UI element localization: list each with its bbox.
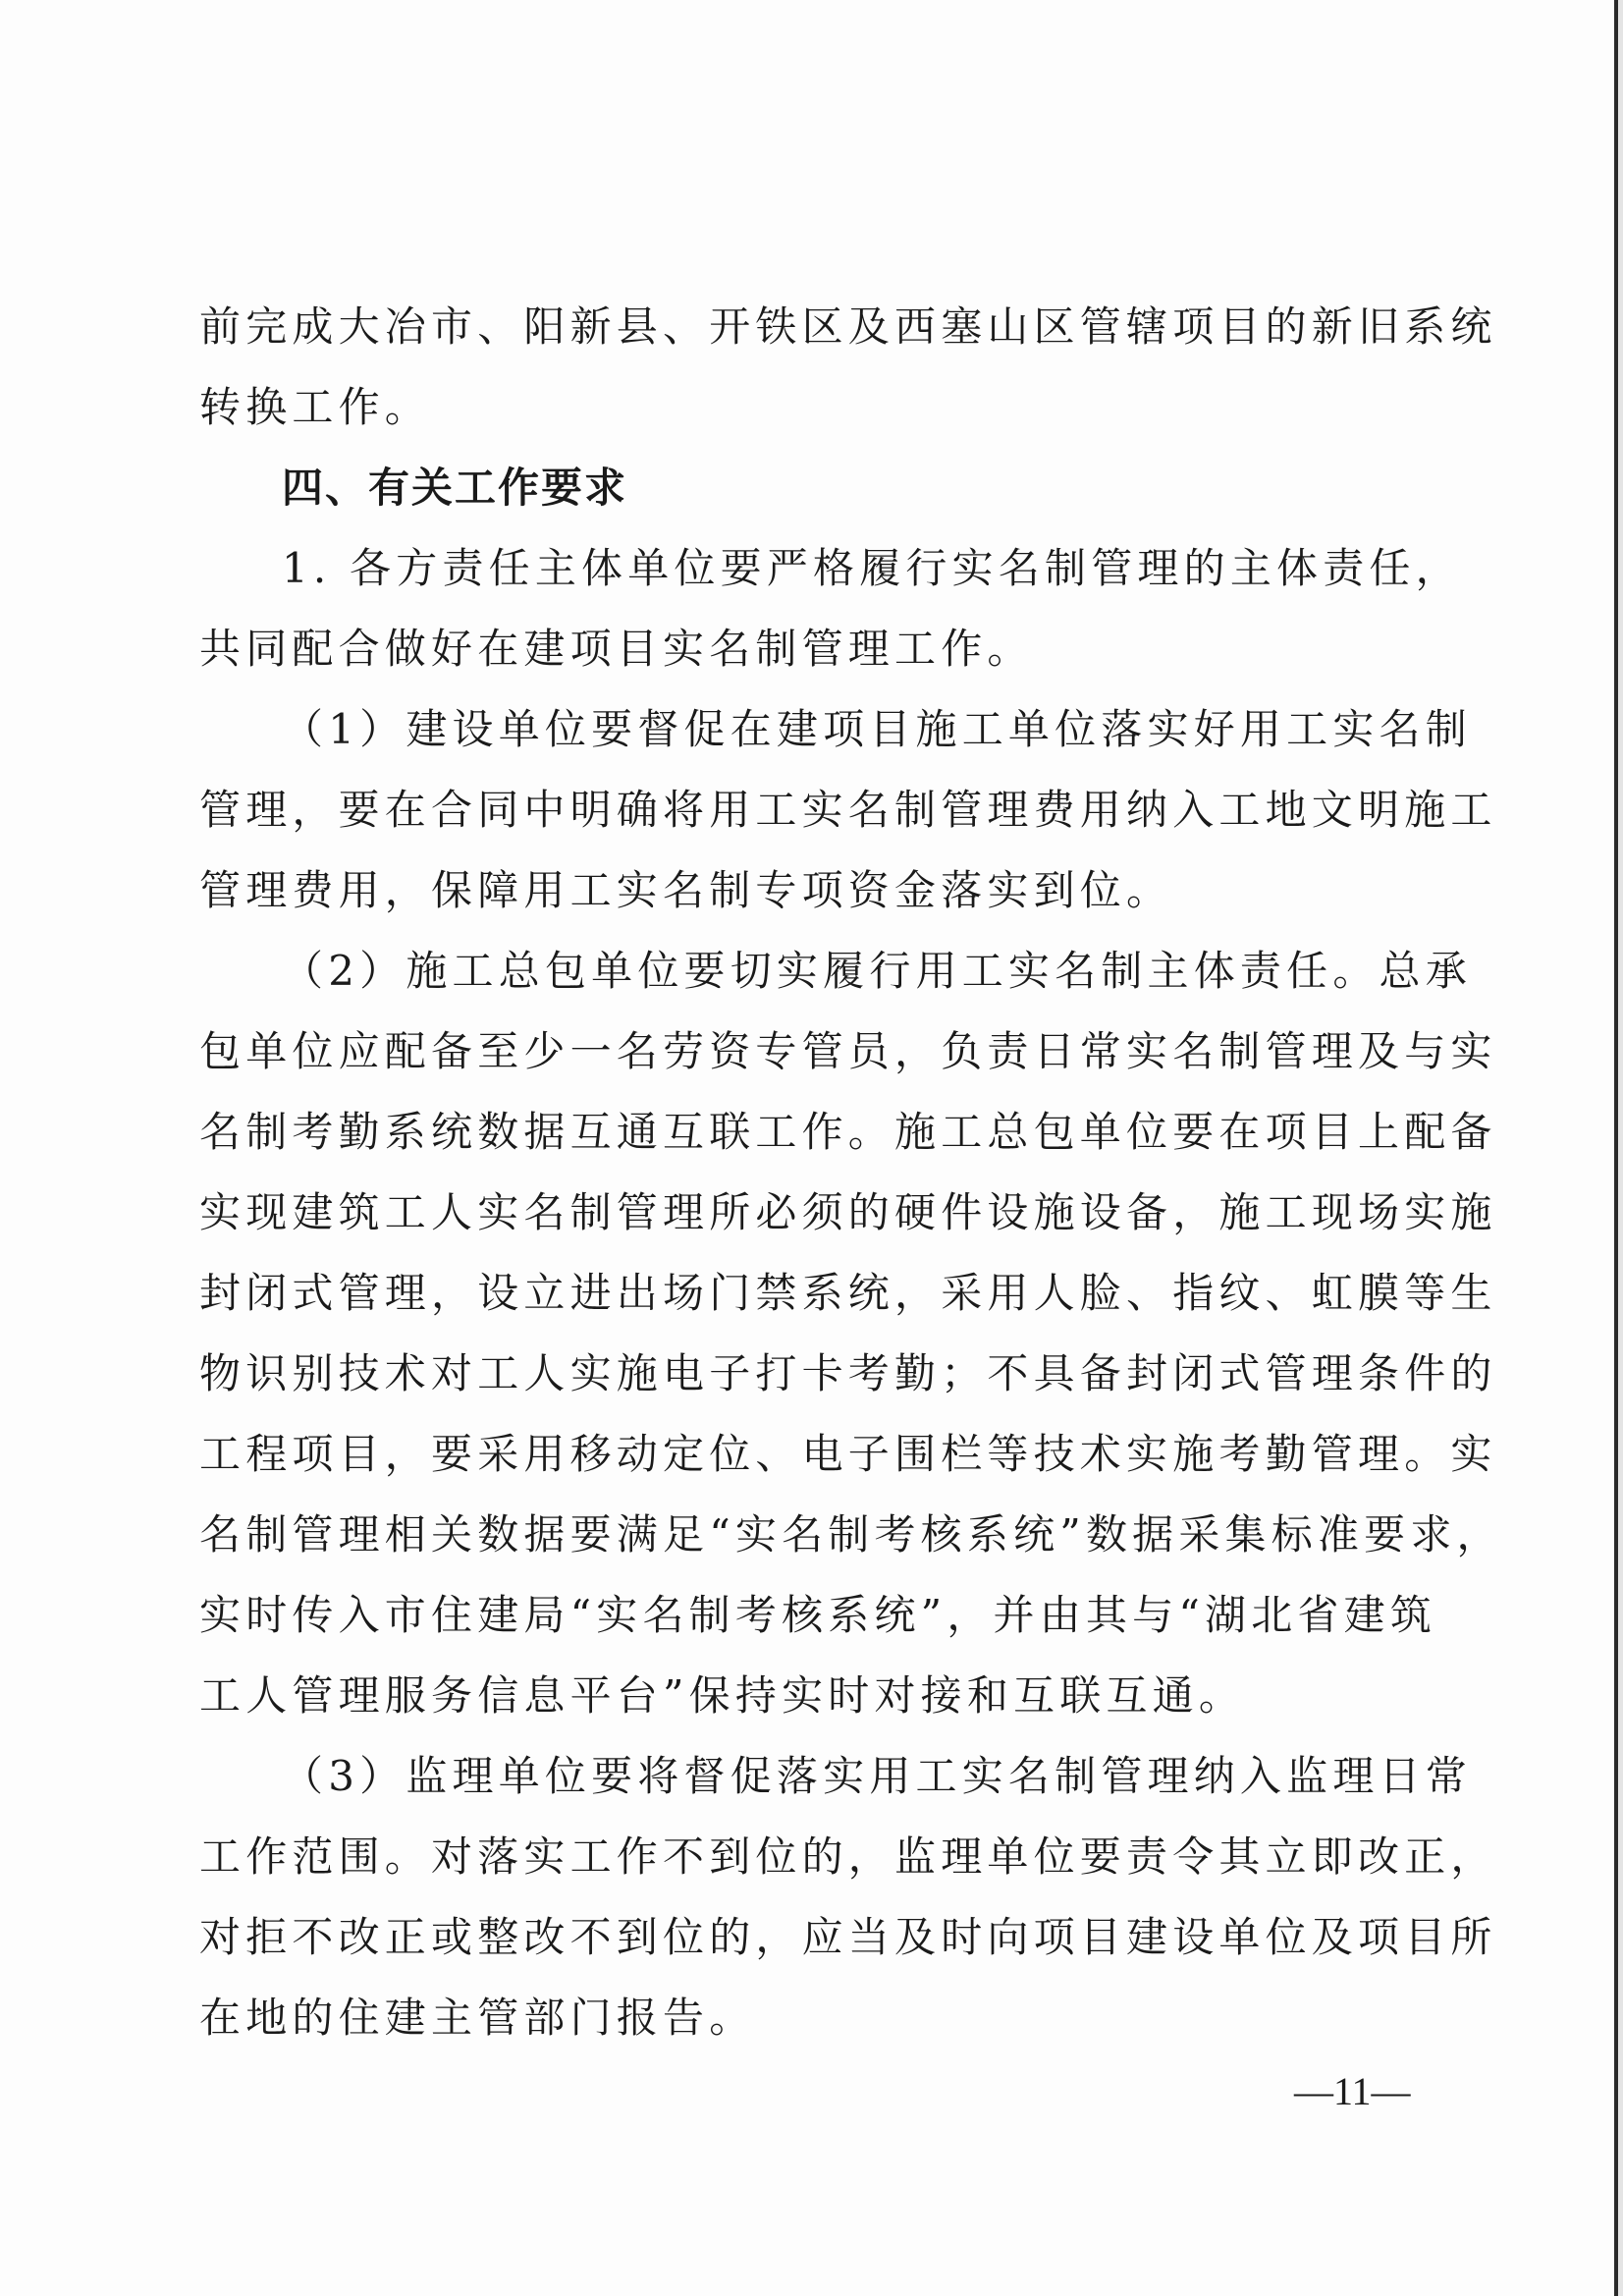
text-line: 共同配合做好在建项目实名制管理工作。 <box>199 622 1034 677</box>
section-heading: 四、有关工作要求 <box>282 461 627 516</box>
text-line: 管理，要在合同中明确将用工实名制管理费用纳入工地文明施工 <box>199 783 1497 838</box>
text-line: 工人管理服务信息平台”保持实时对接和互联互通。 <box>199 1668 1245 1723</box>
text-line: 实时传入市住建局“实名制考核系统”，并由其与“湖北省建筑 <box>199 1588 1436 1643</box>
scan-edge-shade <box>1618 0 1623 2296</box>
text-line: 包单位应配备至少一名劳资专管员，负责日常实名制管理及与实 <box>199 1024 1497 1079</box>
text-line: 名制管理相关数据要满足“实名制考核系统”数据采集标准要求， <box>199 1507 1503 1562</box>
text-line: 前完成大冶市、阳新县、开铁区及西塞山区管辖项目的新旧系统 <box>199 300 1497 355</box>
text-line: 名制考勤系统数据互通互联工作。施工总包单位要在项目上配备 <box>199 1105 1497 1160</box>
text-line: （3）监理单位要将督促落实用工实名制管理纳入监理日常 <box>282 1749 1472 1804</box>
text-line: （1）建设单位要督促在建项目施工单位落实好用工实名制 <box>282 702 1472 757</box>
text-line: 封闭式管理，设立进出场门禁系统，采用人脸、指纹、虹膜等生 <box>199 1266 1497 1321</box>
text-line: 物识别技术对工人实施电子打卡考勤；不具备封闭式管理条件的 <box>199 1346 1497 1401</box>
text-line: 管理费用，保障用工实名制专项资金落实到位。 <box>199 863 1172 918</box>
text-line: 转换工作。 <box>199 380 431 435</box>
text-line: 对拒不改正或整改不到位的，应当及时向项目建设单位及项目所 <box>199 1910 1497 1965</box>
text-line: 工作范围。对落实工作不到位的，监理单位要责令其立即改正， <box>199 1830 1497 1885</box>
page-number: —11— <box>1294 2068 1411 2114</box>
text-line: 在地的住建主管部门报告。 <box>199 1991 755 2046</box>
text-line: 实现建筑工人实名制管理所必须的硬件设施设备，施工现场实施 <box>199 1185 1497 1240</box>
text-line: 工程项目，要采用移动定位、电子围栏等技术实施考勤管理。实 <box>199 1427 1497 1482</box>
text-line: 1. 各方责任主体单位要严格履行实名制管理的主体责任， <box>282 541 1462 596</box>
text-line: （2）施工总包单位要切实履行用工实名制主体责任。总承 <box>282 944 1472 999</box>
